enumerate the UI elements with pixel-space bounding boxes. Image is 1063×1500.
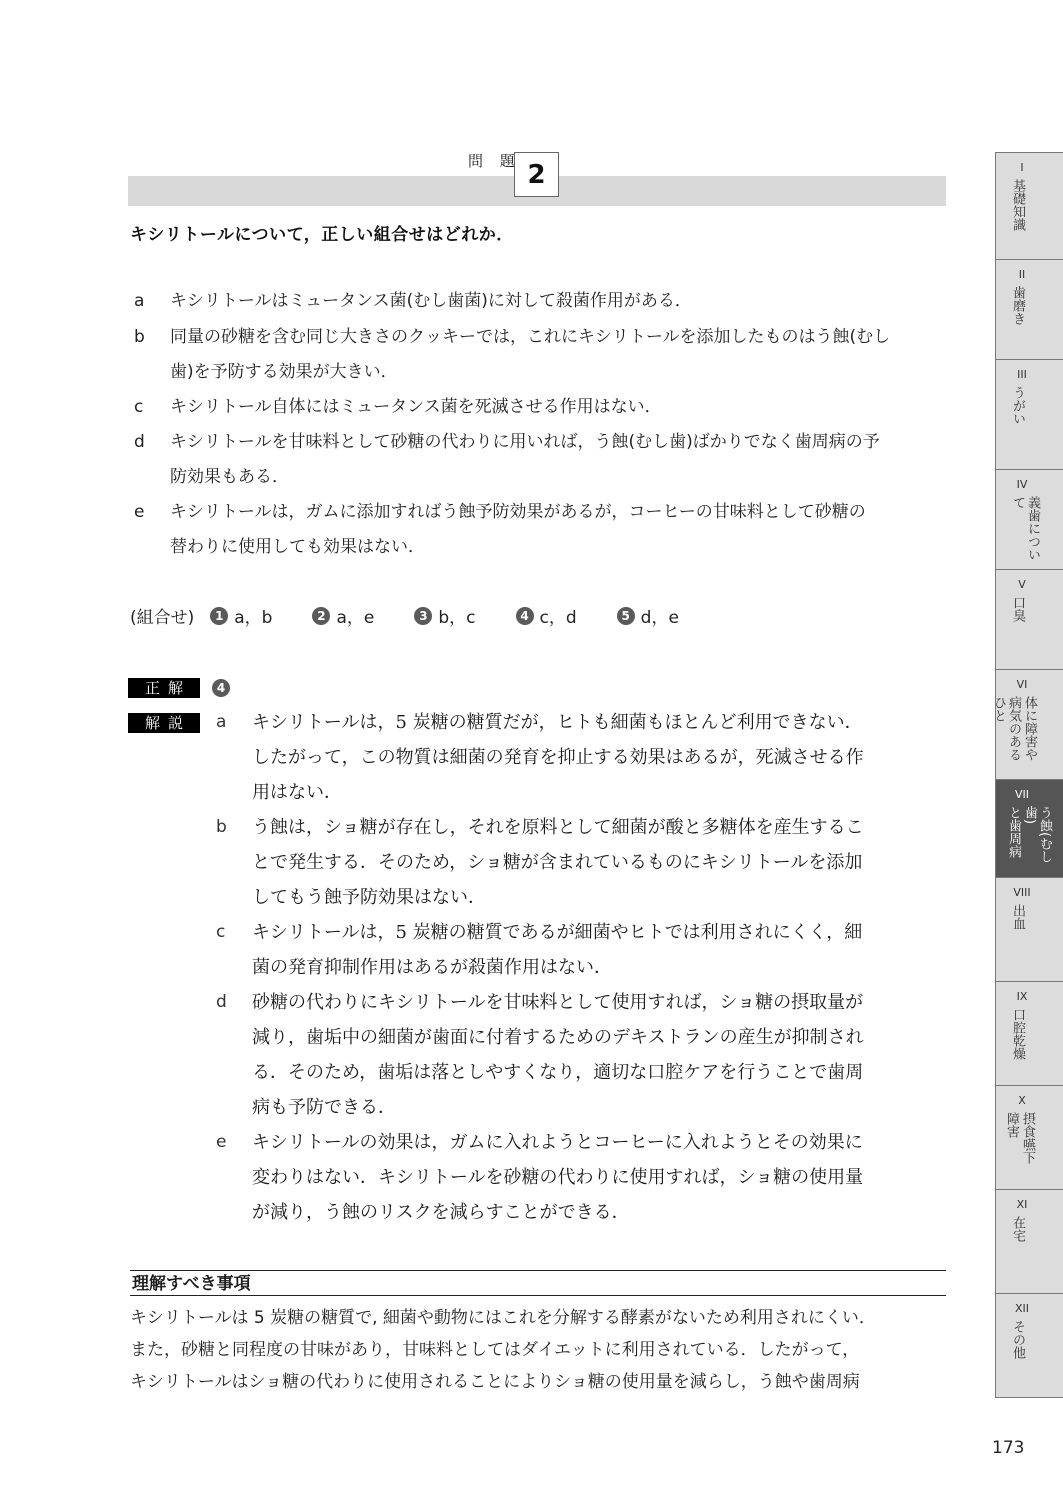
- explanation-letter: a: [216, 705, 226, 740]
- explanation-item-e: e キシリトールの効果は，ガムに入れようとコーヒーに入れようとその効果に変わりは…: [0, 1125, 960, 1230]
- explanation-line: う蝕は，ショ糖が存在し，それを原料として細菌が酸と多糖体を産生するこ: [252, 817, 864, 838]
- combination-value: a，b: [234, 603, 272, 628]
- chapter-title: 義歯について: [1010, 496, 1040, 569]
- combination-choice-2: 2a，e: [312, 603, 374, 628]
- explanation-line: とで発生する．そのため，ショ糖が含まれているものにキシリトールを添加: [252, 852, 862, 873]
- option-b: b 同量の砂糖を含む同じ大きさのクッキーでは，これにキシリトールを添加したものは…: [130, 320, 950, 390]
- chapter-title: 体に障害や: [1022, 696, 1037, 761]
- option-text: 同量の砂糖を含む同じ大きさのクッキーでは，これにキシリトールを添加したものはう蝕…: [170, 320, 950, 390]
- chapter-tab-4[interactable]: IV 義歯について: [995, 469, 1063, 569]
- chapter-title-line2: 障害: [1004, 1112, 1019, 1138]
- chapter-number: III: [996, 368, 1048, 381]
- chapter-tab-11[interactable]: XI 在宅: [995, 1189, 1063, 1293]
- chapter-number: V: [996, 578, 1048, 591]
- explanation-line: キシリトールの効果は，ガムに入れようとコーヒーに入れようとその効果に: [252, 1132, 863, 1153]
- explanation-line: したがって，この物質は細菌の発育を抑止する効果はあるが，死滅させる作: [252, 747, 864, 768]
- chapter-tab-2[interactable]: II 歯磨き: [995, 259, 1063, 359]
- explanation-line: 病も予防できる．: [252, 1097, 396, 1118]
- understanding-title: 理解すべき事項: [130, 1270, 946, 1296]
- explanation-line: 用はない．: [252, 782, 342, 803]
- circled-number-icon: 4: [516, 607, 534, 625]
- combination-choice-5: 5d，e: [617, 603, 679, 628]
- chapter-title: 摂食嚥下: [1020, 1112, 1035, 1164]
- chapter-title: 在宅: [1010, 1216, 1025, 1242]
- option-c: c キシリトール自体にはミュータンス菌を死滅させる作用はない．: [130, 390, 950, 425]
- explanation-line: が減り，う蝕のリスクを減らすことができる．: [252, 1202, 630, 1223]
- explanation-item-a: a キシリトールは，5 炭糖の糖質だが，ヒトも細菌もほとんど利用できない．したが…: [0, 705, 960, 810]
- understanding-line: また，砂糖と同程度の甘味があり，甘味料としてはダイエットに利用されている．したが…: [130, 1334, 950, 1366]
- chapter-title: 基礎知識: [1010, 179, 1025, 231]
- option-text-line: 歯)を予防する効果が大きい．: [170, 362, 398, 382]
- chapter-title-line2: 病気のある: [1006, 696, 1021, 761]
- explanation-line: 変わりはない．キシリトールを砂糖の代わりに使用すれば，ショ糖の使用量: [252, 1167, 863, 1188]
- explanation-line: キシリトールは，5 炭糖の糖質だが，ヒトも細菌もほとんど利用できない．: [252, 712, 863, 733]
- chapter-title: 歯磨き: [1010, 286, 1025, 325]
- answer-label: 正解: [128, 678, 200, 698]
- chapter-tab-7[interactable]: VII う蝕(むし歯) と歯周病: [995, 779, 1063, 877]
- chapter-title: 口臭: [1010, 596, 1025, 622]
- explanation-letter: b: [216, 810, 227, 845]
- chapter-tab-8[interactable]: VIII 出血: [995, 877, 1063, 981]
- chapter-number: VII: [996, 788, 1048, 801]
- chapter-title: 口腔乾燥: [1010, 1008, 1025, 1060]
- understanding-body: キシリトールは 5 炭糖の糖質で, 細菌や動物にはこれを分解する酵素がないため利…: [130, 1302, 950, 1398]
- explanation-line: キシリトールは，5 炭糖の糖質であるが細菌やヒトでは利用されにくく，細: [252, 922, 862, 943]
- explanation-text: 砂糖の代わりにキシリトールを甘味料として使用すれば，ショ糖の摂取量が減り，歯垢中…: [252, 985, 948, 1125]
- page-number: 173: [992, 1438, 1024, 1458]
- explanation-letter: d: [216, 985, 227, 1020]
- option-e: e キシリトールは，ガムに添加すればう蝕予防効果があるが，コーヒーの甘味料として…: [130, 495, 950, 565]
- option-text: キシリトールを甘味料として砂糖の代わりに用いれば，う蝕(むし歯)ばかりでなく歯周…: [170, 425, 950, 495]
- combination-value: b，c: [438, 603, 475, 628]
- chapter-title: う蝕(むし歯): [1022, 806, 1052, 877]
- chapter-title: その他: [1010, 1320, 1025, 1359]
- combination-choice-4: 4c，d: [516, 603, 577, 628]
- option-text: キシリトールは，ガムに添加すればう蝕予防効果があるが，コーヒーの甘味料として砂糖…: [170, 495, 950, 565]
- explanation-text: う蝕は，ショ糖が存在し，それを原料として細菌が酸と多糖体を産生することで発生する…: [252, 810, 948, 915]
- explanation-letter: c: [216, 915, 225, 950]
- option-text-line: 替わりに使用しても効果はない．: [170, 537, 425, 557]
- combination-value: d，e: [641, 603, 679, 628]
- chapter-number: X: [996, 1094, 1048, 1107]
- explanation-text: キシリトールの効果は，ガムに入れようとコーヒーに入れようとその効果に変わりはない…: [252, 1125, 948, 1230]
- option-text: キシリトールはミュータンス菌(むし歯菌)に対して殺菌作用がある．: [170, 284, 950, 319]
- circled-number-icon: 1: [210, 607, 228, 625]
- chapter-title-line2: と歯周病: [1006, 806, 1021, 858]
- explanation-line: 菌の発育抑制作用はあるが殺菌作用はない．: [252, 957, 612, 978]
- explanation-item-c: c キシリトールは，5 炭糖の糖質であるが細菌やヒトでは利用されにくく，細菌の発…: [0, 915, 960, 985]
- chapter-number: IV: [996, 478, 1048, 491]
- option-letter: b: [134, 320, 154, 355]
- combination-value: a，e: [336, 603, 374, 628]
- chapter-tabs: I 基礎知識 II 歯磨き III うがい IV 義歯について V 口臭 VI …: [995, 152, 1063, 1398]
- chapter-number: VI: [996, 678, 1048, 691]
- chapter-number: XII: [996, 1302, 1048, 1315]
- explanation-line: してもう蝕予防効果はない．: [252, 887, 486, 908]
- circled-number-icon: 3: [414, 607, 432, 625]
- option-text-line: 防効果もある．: [170, 467, 289, 487]
- chapter-number: XI: [996, 1198, 1048, 1211]
- circled-number-icon: 5: [617, 607, 635, 625]
- option-a: a キシリトールはミュータンス菌(むし歯菌)に対して殺菌作用がある．: [130, 284, 950, 319]
- option-letter: e: [134, 495, 154, 530]
- chapter-title-line3: ひと: [991, 696, 1006, 722]
- option-text-line: キシリトールを甘味料として砂糖の代わりに用いれば，う蝕(むし歯)ばかりでなく歯周…: [170, 432, 880, 452]
- option-text: キシリトール自体にはミュータンス菌を死滅させる作用はない．: [170, 390, 950, 425]
- chapter-tab-12[interactable]: XII その他: [995, 1293, 1063, 1398]
- option-text-line: キシリトールは，ガムに添加すればう蝕予防効果があるが，コーヒーの甘味料として砂糖…: [170, 502, 866, 522]
- explanation-letter: e: [216, 1125, 226, 1160]
- option-letter: d: [134, 425, 154, 460]
- chapter-number: IX: [996, 990, 1048, 1003]
- question-prompt: キシリトールについて，正しい組合せはどれか．: [130, 220, 514, 245]
- understanding-line: キシリトールはショ糖の代わりに使用されることによりショ糖の使用量を減らし，う蝕や…: [130, 1366, 950, 1398]
- answer-circled-number-icon: 4: [212, 679, 230, 697]
- understanding-line: キシリトールは 5 炭糖の糖質で, 細菌や動物にはこれを分解する酵素がないため利…: [130, 1302, 950, 1334]
- option-text-line: 同量の砂糖を含む同じ大きさのクッキーでは，これにキシリトールを添加したものはう蝕…: [170, 327, 890, 347]
- explanation-item-d: d 砂糖の代わりにキシリトールを甘味料として使用すれば，ショ糖の摂取量が減り，歯…: [0, 985, 960, 1125]
- explanation-line: 減り，歯垢中の細菌が歯面に付着するためのデキストランの産生が抑制され: [252, 1027, 864, 1048]
- chapter-tab-10[interactable]: X 摂食嚥下 障害: [995, 1085, 1063, 1189]
- chapter-tab-5[interactable]: V 口臭: [995, 569, 1063, 669]
- chapter-number: I: [996, 161, 1048, 174]
- option-letter: a: [134, 284, 154, 319]
- explanation-text: キシリトールは，5 炭糖の糖質だが，ヒトも細菌もほとんど利用できない．したがって…: [252, 705, 948, 810]
- combination-list: (組合せ) 1a，b 2a，e 3b，c 4c，d 5d，e: [130, 603, 719, 628]
- explanation-line: る．そのため，歯垢は落としやすくなり，適切な口腔ケアを行うことで歯周: [252, 1062, 863, 1083]
- chapter-tab-1[interactable]: I 基礎知識: [995, 152, 1063, 259]
- combination-choice-1: 1a，b: [210, 603, 272, 628]
- combination-label: (組合せ): [130, 603, 194, 628]
- chapter-title: うがい: [1010, 386, 1025, 425]
- chapter-number: VIII: [996, 886, 1048, 899]
- question-number: 2: [514, 152, 559, 197]
- option-letter: c: [134, 390, 154, 425]
- circled-number-icon: 2: [312, 607, 330, 625]
- chapter-tab-3[interactable]: III うがい: [995, 359, 1063, 469]
- explanation-item-b: b う蝕は，ショ糖が存在し，それを原料として細菌が酸と多糖体を産生することで発生…: [0, 810, 960, 915]
- chapter-title: 出血: [1010, 904, 1025, 930]
- option-d: d キシリトールを甘味料として砂糖の代わりに用いれば，う蝕(むし歯)ばかりでなく…: [130, 425, 950, 495]
- explanation-line: 砂糖の代わりにキシリトールを甘味料として使用すれば，ショ糖の摂取量が: [252, 992, 863, 1013]
- chapter-tab-9[interactable]: IX 口腔乾燥: [995, 981, 1063, 1085]
- chapter-tab-6[interactable]: VI 体に障害や 病気のある ひと: [995, 669, 1063, 779]
- question-label: 問 題: [468, 150, 521, 171]
- explanation-text: キシリトールは，5 炭糖の糖質であるが細菌やヒトでは利用されにくく，細菌の発育抑…: [252, 915, 948, 985]
- combination-value: c，d: [540, 603, 577, 628]
- chapter-number: II: [996, 268, 1048, 281]
- combination-choice-3: 3b，c: [414, 603, 475, 628]
